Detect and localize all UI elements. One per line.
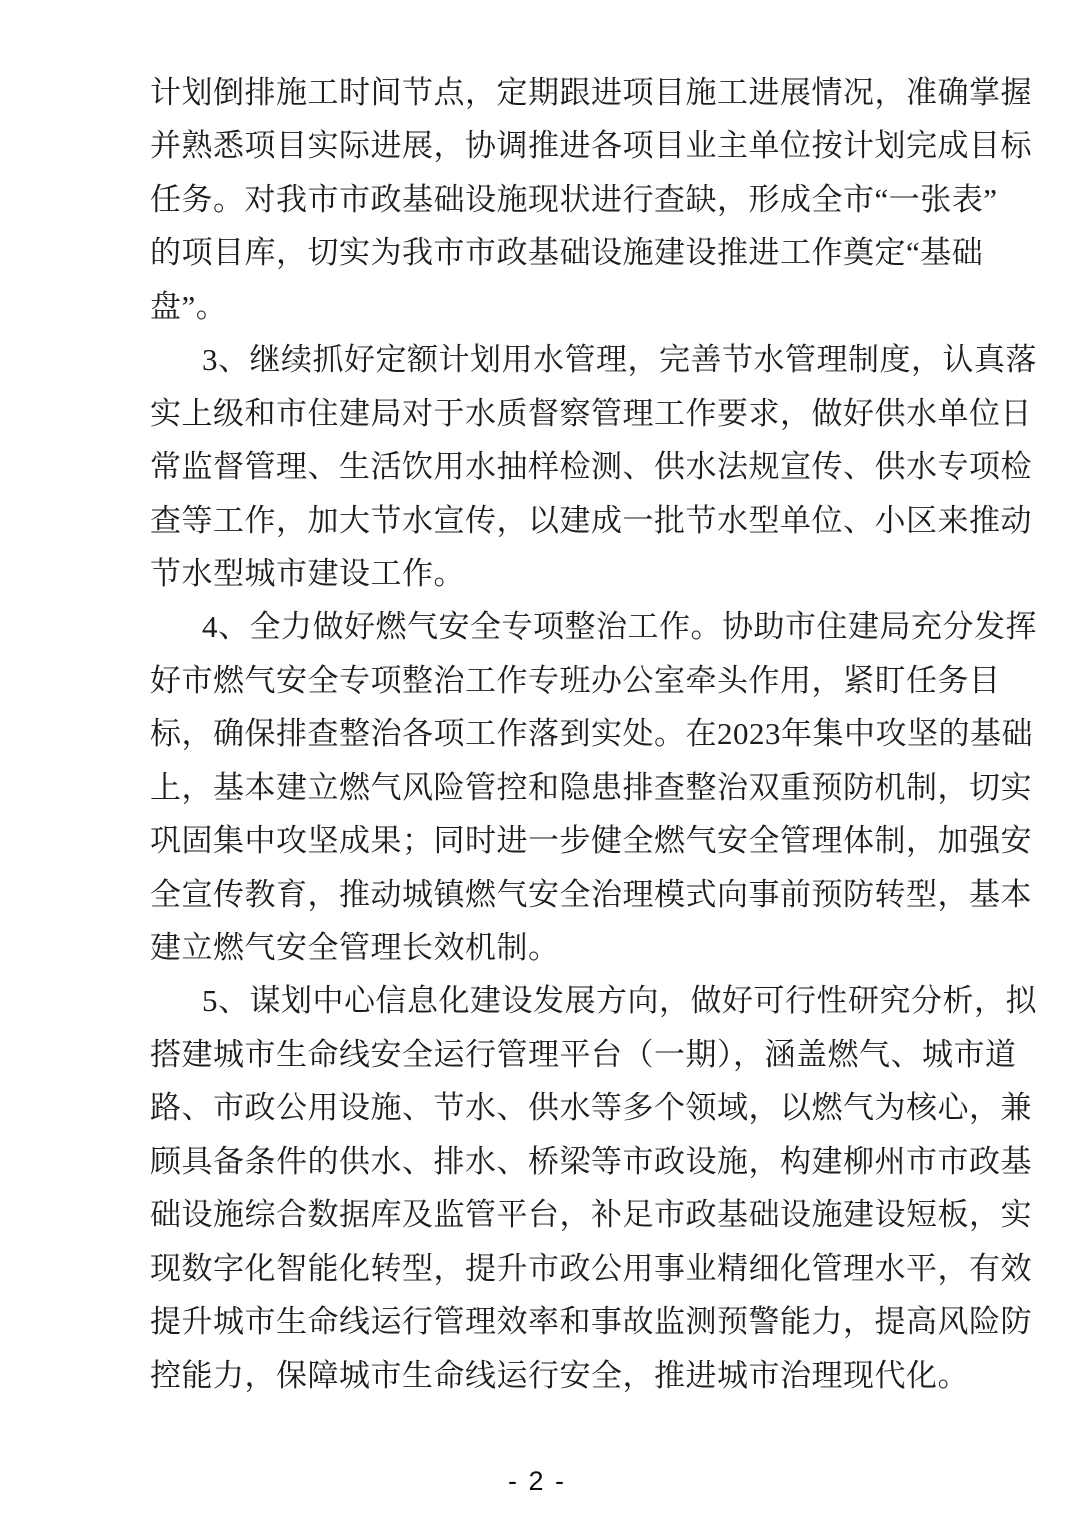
text-line: 计划倒排施工时间节点，定期跟进项目施工进展情况，准确掌握 [150,66,928,119]
text-line: 路、市政公用设施、节水、供水等多个领域，以燃气为核心，兼 [150,1081,928,1134]
text-line: 巩固集中攻坚成果；同时进一步健全燃气安全管理体制，加强安 [150,814,928,867]
text-line: 控能力，保障城市生命线运行安全，推进城市治理现代化。 [150,1349,928,1402]
text-line: 础设施综合数据库及监管平台，补足市政基础设施建设短板，实 [150,1188,928,1241]
page-number: - 2 - [0,1466,1074,1497]
text-line: 常监督管理、生活饮用水抽样检测、供水法规宣传、供水专项检 [150,440,928,493]
text-line: 实上级和市住建局对于水质督察管理工作要求，做好供水单位日 [150,387,928,440]
text-line: 4、全力做好燃气安全专项整治工作。协助市住建局充分发挥 [150,600,928,653]
text-line: 的项目库，切实为我市市政基础设施建设推进工作奠定“基础 [150,226,928,279]
text-line: 好市燃气安全专项整治工作专班办公室牵头作用，紧盯任务目 [150,654,928,707]
text-line: 标，确保排查整治各项工作落到实处。在2023年集中攻坚的基础 [150,707,928,760]
text-line: 盘”。 [150,280,928,333]
text-line: 现数字化智能化转型，提升市政公用事业精细化管理水平，有效 [150,1242,928,1295]
document-body: 计划倒排施工时间节点，定期跟进项目施工进展情况，准确掌握 并熟悉项目实际进展，协… [150,66,928,1402]
text-line: 任务。对我市市政基础设施现状进行查缺，形成全市“一张表” [150,173,928,226]
text-line: 建立燃气安全管理长效机制。 [150,921,928,974]
document-page: 计划倒排施工时间节点，定期跟进项目施工进展情况，准确掌握 并熟悉项目实际进展，协… [0,0,1074,1520]
text-line: 全宣传教育，推动城镇燃气安全治理模式向事前预防转型，基本 [150,868,928,921]
text-line: 并熟悉项目实际进展，协调推进各项目业主单位按计划完成目标 [150,119,928,172]
text-line: 3、继续抓好定额计划用水管理，完善节水管理制度，认真落 [150,333,928,386]
text-line: 查等工作，加大节水宣传，以建成一批节水型单位、小区来推动 [150,494,928,547]
text-line: 提升城市生命线运行管理效率和事故监测预警能力，提高风险防 [150,1295,928,1348]
text-line: 5、谋划中心信息化建设发展方向，做好可行性研究分析，拟 [150,974,928,1027]
text-line: 顾具备条件的供水、排水、桥梁等市政设施，构建柳州市市政基 [150,1135,928,1188]
text-line: 节水型城市建设工作。 [150,547,928,600]
text-line: 搭建城市生命线安全运行管理平台（一期），涵盖燃气、城市道 [150,1028,928,1081]
text-line: 上，基本建立燃气风险管控和隐患排查整治双重预防机制，切实 [150,761,928,814]
